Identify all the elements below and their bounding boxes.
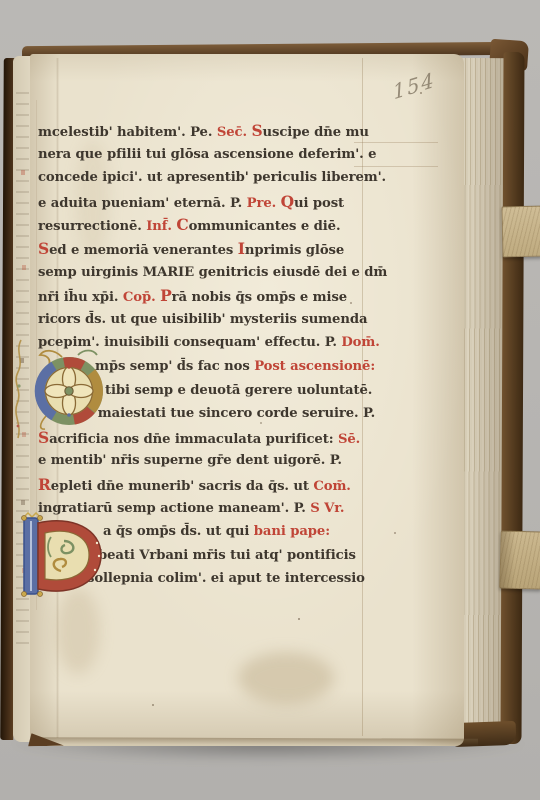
text-rubric: R bbox=[38, 475, 51, 494]
text-ink: semp uirginis MARIE genitricis eiusdē de… bbox=[38, 265, 387, 280]
text-ink: e maiestati tue sincero corde seruire. P… bbox=[85, 406, 375, 421]
text-rubric: bani pape: bbox=[254, 524, 330, 539]
manuscript-line: e mentib' nr̄is superne gr̄e dent uigorē… bbox=[38, 449, 374, 473]
text-ink: mcelestib' habitem'. Pe. bbox=[38, 125, 217, 140]
showthrough-rubric-specks bbox=[21, 170, 25, 175]
text-rubric: Sec̄. bbox=[217, 125, 252, 140]
manuscript-line: Sed e memoriā venerantes Inprimis glōse bbox=[38, 237, 374, 261]
text-ink: nprimis glōse bbox=[245, 243, 344, 258]
text-rubric: S Vr. bbox=[310, 501, 344, 516]
text-rubric: S bbox=[251, 121, 262, 140]
text-ink: nr̄i ih̄u xp̄i. bbox=[38, 290, 123, 305]
manuscript-line: Repleti dn̄e munerib' sacris da q̄s. ut … bbox=[38, 473, 374, 497]
text-ink: a q̄s omp̄s d̄s. ut qui bbox=[103, 524, 254, 539]
text-rubric: C bbox=[176, 215, 188, 234]
text-ink: sollepnia colim'. ei aput te intercessio bbox=[87, 571, 365, 586]
text-rubric: Q bbox=[281, 192, 294, 211]
text-ink: ommunicantes e diē. bbox=[189, 219, 341, 234]
illuminated-initial-O bbox=[26, 348, 114, 432]
text-ink: e mentib' nr̄is superne gr̄e dent uigorē… bbox=[38, 453, 342, 468]
text-ink: nera que pfilii tui glōsa ascensione def… bbox=[38, 147, 376, 162]
text-ink: ui post bbox=[294, 196, 344, 211]
manuscript-line: e aduita pueniam' eternā. P. Pre. Qui po… bbox=[38, 190, 374, 214]
manuscript-photo: 154 mcelestib' habitem'. Pe. Sec̄. Susci… bbox=[0, 0, 540, 800]
text-rubric: S bbox=[38, 239, 49, 258]
text-ink: mp̄s semp' d̄s fac nos bbox=[95, 359, 254, 374]
text-ink: resurrectionē. bbox=[38, 219, 146, 234]
text-ink: rā nobis q̄s omp̄s e mise bbox=[172, 290, 347, 305]
manuscript-line: nera que pfilii tui glōsa ascensione def… bbox=[38, 143, 374, 167]
manuscript-line: concede ipici'. ut apresentib' periculis… bbox=[38, 166, 374, 190]
page-stain bbox=[56, 588, 100, 674]
illuminated-initial-D bbox=[16, 512, 110, 600]
text-ink: epleti dn̄e munerib' sacris da q̄s. ut bbox=[51, 479, 314, 494]
text-rubric: Pre. bbox=[247, 196, 281, 211]
text-rubric: Sē. bbox=[338, 432, 360, 447]
text-rubric: P bbox=[160, 286, 172, 305]
page-speckles bbox=[298, 618, 300, 620]
text-rubric: Post ascensionē: bbox=[254, 359, 375, 374]
text-ink: e aduita pueniam' eternā. P. bbox=[38, 196, 247, 211]
manuscript-line: nr̄i ih̄u xp̄i. Cop̄. Prā nobis q̄s omp̄… bbox=[38, 284, 374, 308]
bookmark-tab-upper bbox=[501, 206, 540, 258]
text-ink: uscipe dn̄e mu bbox=[263, 125, 369, 140]
text-rubric: I bbox=[238, 239, 245, 258]
bookmark-tab-lower bbox=[499, 530, 540, 589]
text-rubric: Inf̄. bbox=[146, 219, 176, 234]
manuscript-line: ricors d̄s. ut que uisibilib' mysteriis … bbox=[38, 308, 374, 332]
text-rubric: Cop̄. bbox=[123, 290, 160, 305]
text-ink: ed e memoriā venerantes bbox=[49, 243, 238, 258]
text-ink: beati Vrbani mr̄is tui atq' pontificis bbox=[98, 548, 356, 563]
text-ink: acrificia nos dn̄e immaculata purificet: bbox=[49, 432, 338, 447]
text-ink: tibi semp e deuotā gerere uoluntatē. bbox=[105, 383, 372, 398]
text-ink: concede ipici'. ut apresentib' periculis… bbox=[38, 170, 386, 185]
text-ink: ricors d̄s. ut que uisibilib' mysteriis … bbox=[38, 312, 367, 327]
manuscript-line: mcelestib' habitem'. Pe. Sec̄. Suscipe d… bbox=[38, 119, 374, 143]
manuscript-line: resurrectionē. Inf̄. Communicantes e diē… bbox=[38, 213, 374, 237]
text-rubric: Com̄. bbox=[313, 479, 350, 494]
manuscript-line: semp uirginis MARIE genitricis eiusdē de… bbox=[38, 261, 374, 285]
text-rubric: Dom̄. bbox=[341, 335, 379, 350]
cover-right-edge bbox=[500, 52, 524, 744]
page-stain bbox=[238, 652, 334, 704]
